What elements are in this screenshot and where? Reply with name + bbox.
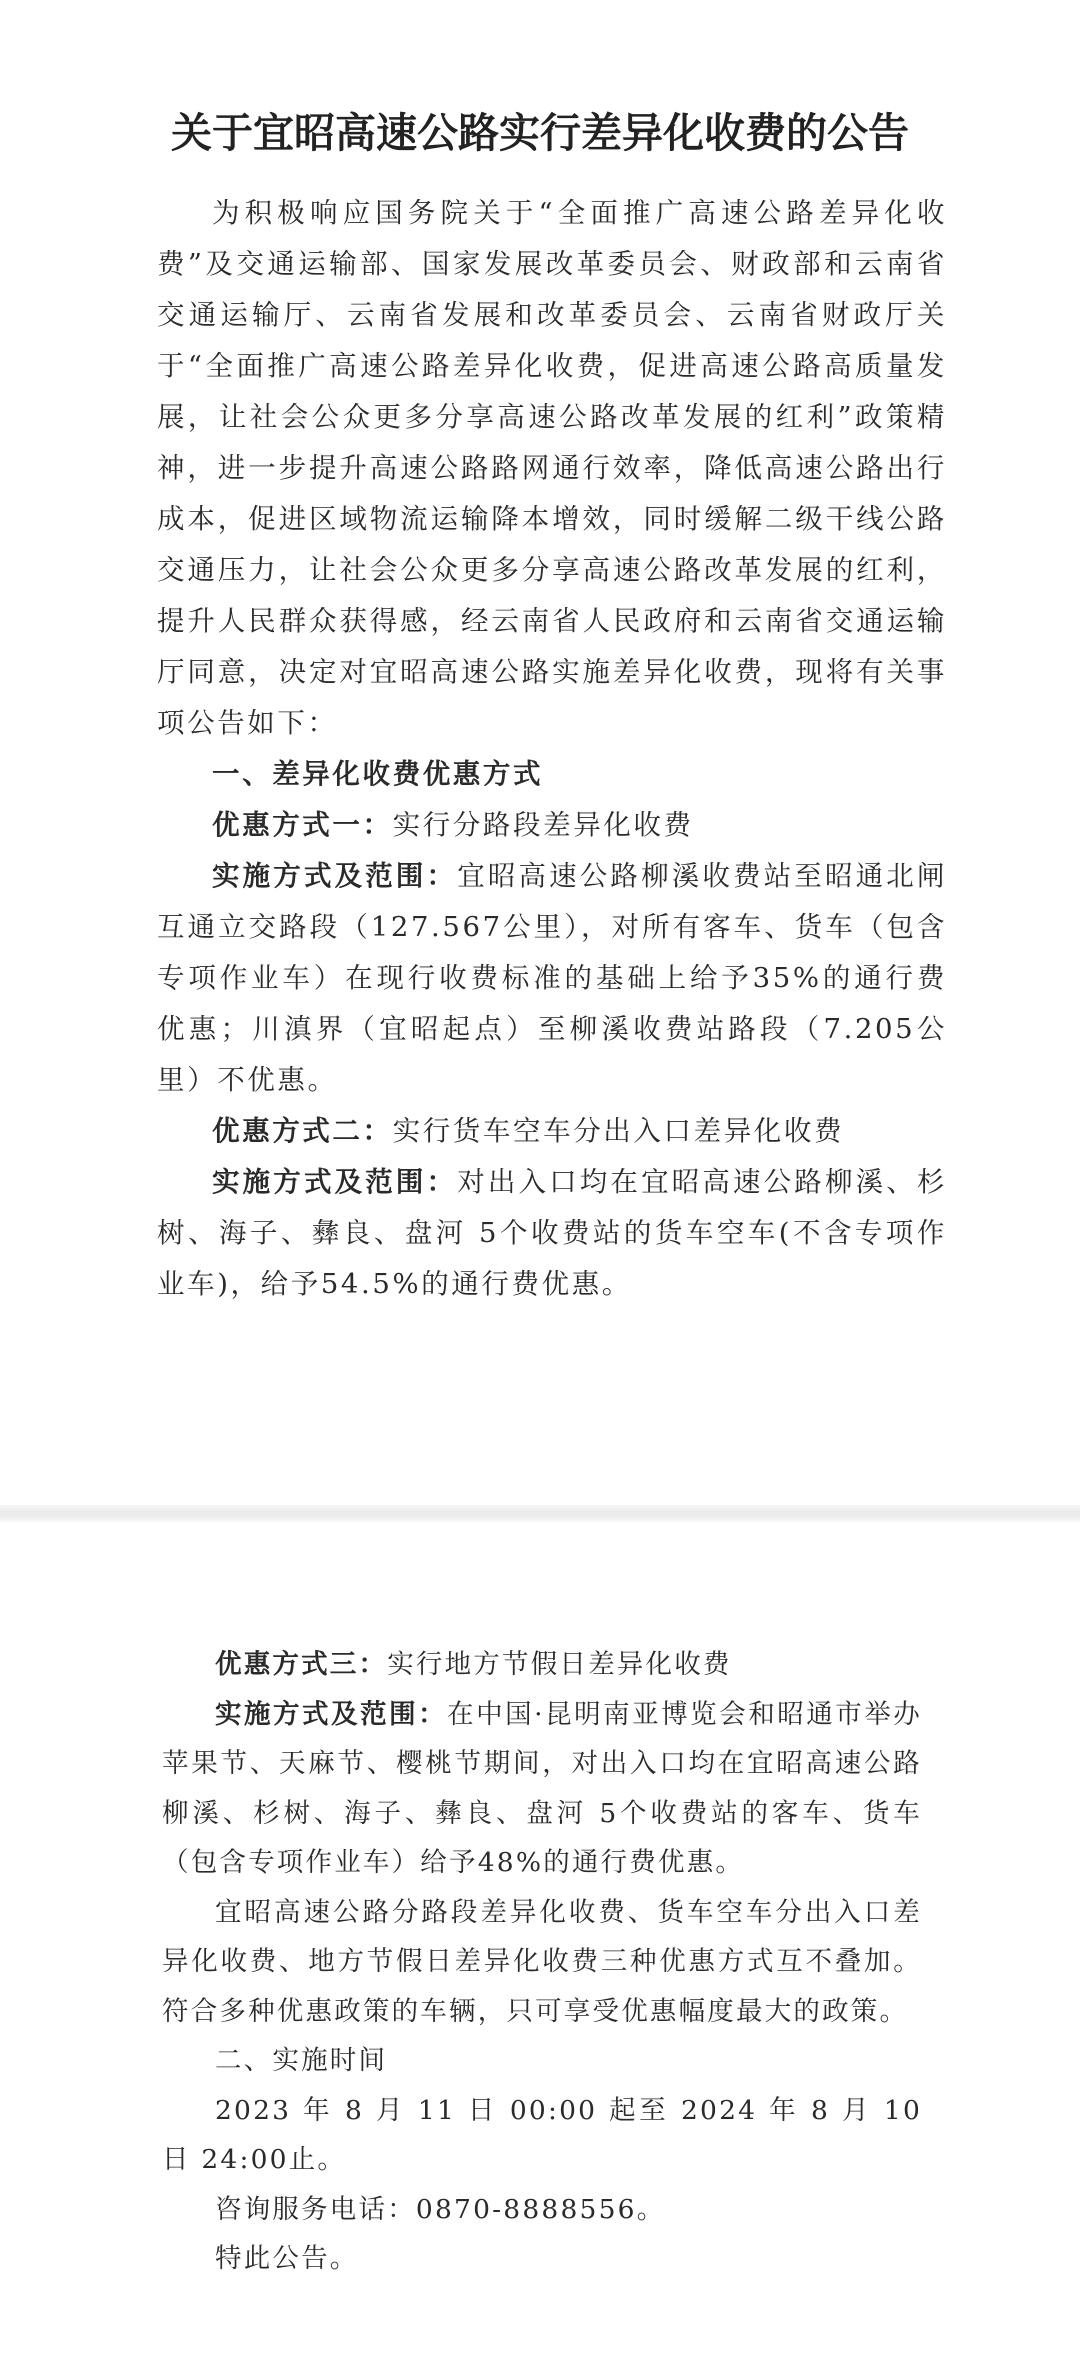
page-2-body: 优惠方式三：实行地方节假日差异化收费 实施方式及范围：在中国·昆明南亚博览会和昭… — [162, 1640, 922, 2284]
page-separator — [0, 1505, 1080, 1522]
method-2-text: 实行货车空车分出入口差异化收费 — [393, 1115, 845, 1147]
document-page-1: 关于宜昭高速公路实行差异化收费的公告 为积极响应国务院关于“全面推广高速公路差异… — [0, 0, 1080, 1505]
method-2-scope: 实施方式及范围：对出入口均在宜昭高速公路柳溪、杉树、海子、彝良、盘河 5个收费站… — [157, 1157, 947, 1310]
method-1-scope-label: 实施方式及范围： — [212, 860, 457, 892]
method-3-label: 优惠方式三： — [215, 1649, 387, 1680]
intro-paragraph: 为积极响应国务院关于“全面推广高速公路差异化收费”及交通运输部、国家发展改革委员… — [157, 188, 947, 749]
method-1-text: 实行分路段差异化收费 — [393, 809, 694, 841]
method-2-title: 优惠方式二：实行货车空车分出入口差异化收费 — [157, 1106, 947, 1157]
section-1-heading: 一、差异化收费优惠方式 — [157, 749, 947, 800]
document-page-2: 优惠方式三：实行地方节假日差异化收费 实施方式及范围：在中国·昆明南亚博览会和昭… — [0, 1522, 1080, 2357]
method-3-title: 优惠方式三：实行地方节假日差异化收费 — [162, 1640, 922, 1690]
closing-statement: 特此公告。 — [162, 2234, 922, 2284]
page-1-body: 为积极响应国务院关于“全面推广高速公路差异化收费”及交通运输部、国家发展改革委员… — [157, 188, 947, 1310]
non-stacking-paragraph: 宜昭高速公路分路段差异化收费、货车空车分出入口差异化收费、地方节假日差异化收费三… — [162, 1888, 922, 2037]
method-3-text: 实行地方节假日差异化收费 — [387, 1649, 731, 1680]
implementation-period: 2023 年 8 月 11 日 00:00 起至 2024 年 8 月 10 日… — [162, 2086, 922, 2185]
method-2-label: 优惠方式二： — [212, 1115, 393, 1147]
method-1-scope: 实施方式及范围：宜昭高速公路柳溪收费站至昭通北闸互通立交路段（127.567公里… — [157, 851, 947, 1106]
section-2-heading: 二、实施时间 — [162, 2036, 922, 2086]
method-3-scope: 实施方式及范围：在中国·昆明南亚博览会和昭通市举办苹果节、天麻节、樱桃节期间，对… — [162, 1690, 922, 1888]
contact-phone: 咨询服务电话：0870-8888556。 — [162, 2185, 922, 2235]
method-1-scope-text: 宜昭高速公路柳溪收费站至昭通北闸互通立交路段（127.567公里），对所有客车、… — [157, 860, 947, 1096]
method-1-title: 优惠方式一：实行分路段差异化收费 — [157, 800, 947, 851]
method-1-label: 优惠方式一： — [212, 809, 393, 841]
document-title: 关于宜昭高速公路实行差异化收费的公告 — [0, 100, 1080, 159]
method-3-scope-label: 实施方式及范围： — [215, 1699, 447, 1730]
method-2-scope-label: 实施方式及范围： — [212, 1166, 457, 1198]
